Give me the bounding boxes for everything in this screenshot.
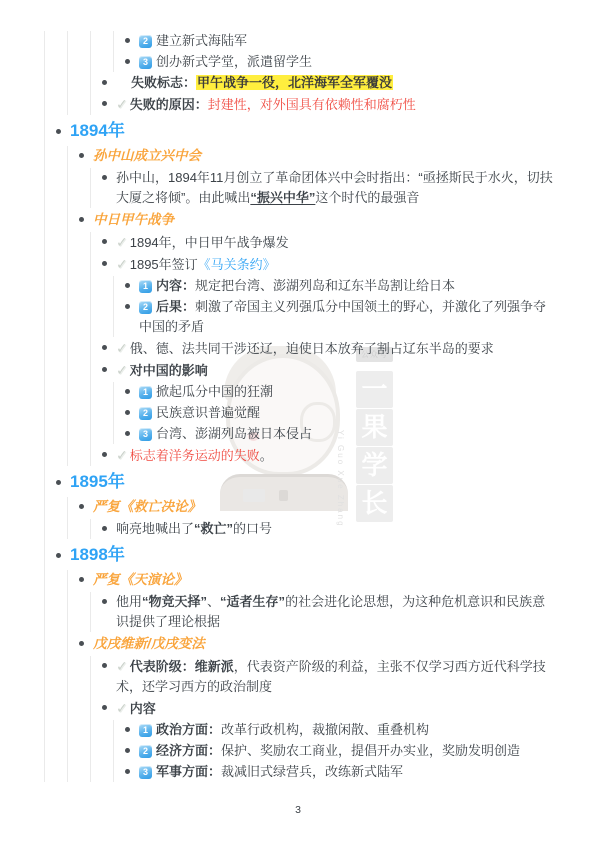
item-content: 2民族意识普遍觉醒 [139, 403, 260, 423]
year-heading-row: 1898年 [45, 543, 558, 568]
numbered-badge-icon: 3 [139, 56, 152, 69]
item-content: 1895年 [70, 470, 125, 495]
item-content: 失败标志：甲午战争一役，北洋海军全军覆没 [116, 73, 393, 93]
item-content: 1898年 [70, 543, 125, 568]
topic-heading-row: 严复《救亡决论》 [68, 497, 558, 517]
text-segment: 台湾、澎湖列岛被日本侵占 [156, 426, 312, 441]
bullet-icon [102, 526, 107, 531]
item-content: 中日甲午战争 [93, 210, 174, 230]
bullet-icon [125, 59, 130, 64]
topic-heading-row: 戊戌维新/戊戌变法 [68, 634, 558, 654]
bullet-icon [102, 239, 107, 244]
item-content: 3军事方面：裁减旧式绿营兵，改练新式陆军 [139, 762, 403, 782]
text-segment: 的口号 [233, 521, 272, 536]
text-segment: 他用 [116, 594, 142, 609]
outline-item-row: 2民族意识普遍觉醒 [114, 403, 558, 423]
topic-heading: 戊戌维新/戊戌变法 [93, 636, 205, 651]
item-content: 1政治方面：改革行政机构，裁撤闲散、重叠机构 [139, 720, 429, 740]
outline-item-row: ✓标志着洋务运动的失败。 [91, 445, 558, 466]
bullet-icon [79, 577, 84, 582]
item-content: ✓代表阶级：维新派，代表资产阶级的利益，主张不仅学习西方近代科学技术，还学习西方… [116, 656, 558, 697]
bullet-icon [102, 705, 107, 710]
bullet-icon [125, 283, 130, 288]
outline-item-row: 3军事方面：裁减旧式绿营兵，改练新式陆军 [114, 762, 558, 782]
check-icon: ✓ [116, 698, 128, 718]
outline-branch: 孙中山成立兴中会孙中山，1894年11月创立了革命团体兴中会时指出：“亟拯斯民于… [67, 146, 558, 466]
outline-branch: 2建立新式海陆军3创办新式学堂，派遣留学生失败标志：甲午战争一役，北洋海军全军覆… [67, 31, 558, 115]
outline-item-row: 2后果：刺激了帝国主义列强瓜分中国领土的野心，并激化了列强争夺中国的矛盾 [114, 297, 558, 337]
bullet-icon [125, 748, 130, 753]
bullet-icon [102, 599, 107, 604]
outline-item-row: ✓对中国的影响 [91, 360, 558, 381]
bullet-icon [79, 641, 84, 646]
outline-branch: 1内容：规定把台湾、澎湖列岛和辽东半岛割让给日本2后果：刺激了帝国主义列强瓜分中… [113, 276, 558, 337]
outline-branch: 孙中山，1894年11月创立了革命团体兴中会时指出：“亟拯斯民于水火，切扶大厦之… [90, 168, 558, 208]
bullet-icon [56, 480, 61, 485]
item-content: 1掀起瓜分中国的狂潮 [139, 382, 273, 402]
text-segment: 1895年签订 [130, 257, 198, 272]
text-segment: 甲午战争一役，北洋海军全军覆没 [196, 75, 393, 90]
numbered-badge-icon: 3 [139, 428, 152, 441]
text-segment: 改革行政机构，裁撤闲散、重叠机构 [221, 722, 429, 737]
outline-item-row: 3台湾、澎湖列岛被日本侵占 [114, 424, 558, 444]
notes-document-page: 公众号 一果学长 Yi Guo Xue Zhang 2建立新式海陆军3创办新式学… [0, 0, 596, 843]
bullet-icon [102, 80, 107, 85]
bullet-icon [79, 217, 84, 222]
numbered-badge-icon: 1 [139, 280, 152, 293]
bullet-icon [125, 727, 130, 732]
outline-item-row: 2建立新式海陆军 [114, 31, 558, 51]
outline-item-row: ✓内容 [91, 698, 558, 719]
year-heading: 1895年 [70, 472, 125, 491]
text-segment: 响亮地喊出了 [116, 521, 194, 536]
item-content: 3创办新式学堂，派遣留学生 [139, 52, 312, 72]
text-segment: 军事方面： [156, 764, 221, 779]
bullet-icon [125, 431, 130, 436]
check-icon: ✓ [116, 94, 128, 114]
numbered-badge-icon: 2 [139, 301, 152, 314]
text-segment: 后果： [156, 299, 195, 314]
text-segment: 民族意识普遍觉醒 [156, 405, 260, 420]
bullet-icon [125, 38, 130, 43]
topic-heading-row: 中日甲午战争 [68, 210, 558, 230]
item-content: ✓1894年，中日甲午战争爆发 [116, 232, 289, 253]
topic-heading-row: 严复《天演论》 [68, 570, 558, 590]
text-segment: 封建性，对外国具有依赖性和腐朽性 [208, 97, 416, 112]
outline-item-row: 孙中山，1894年11月创立了革命团体兴中会时指出：“亟拯斯民于水火，切扶大厦之… [91, 168, 558, 208]
text-segment: 标志着洋务运动的失败 [130, 448, 260, 463]
outline-branch: 1掀起瓜分中国的狂潮2民族意识普遍觉醒3台湾、澎湖列岛被日本侵占 [113, 382, 558, 444]
text-segment: 、 [207, 594, 220, 609]
outline-item-row: 3创办新式学堂，派遣留学生 [114, 52, 558, 72]
text-segment: 刺激了帝国主义列强瓜分中国领土的野心，并激化了列强争夺中国的矛盾 [139, 299, 546, 334]
text-segment: “物竞天择” [142, 594, 207, 609]
item-content: 2经济方面：保护、奖励农工商业，提倡开办实业，奖励发明创造 [139, 741, 520, 761]
bullet-icon [102, 452, 107, 457]
outline-branch: 2建立新式海陆军3创办新式学堂，派遣留学生 [113, 31, 558, 72]
check-icon: ✓ [116, 360, 128, 380]
text-segment: 规定把台湾、澎湖列岛和辽东半岛割让给日本 [195, 278, 455, 293]
bullet-icon [102, 261, 107, 266]
check-icon: ✓ [116, 445, 128, 465]
page-number: 3 [0, 804, 596, 816]
topic-heading: 严复《天演论》 [93, 572, 188, 587]
numbered-badge-icon: 1 [139, 386, 152, 399]
year-heading-row: 1894年 [45, 119, 558, 144]
outline-branch: ✓1894年，中日甲午战争爆发✓1895年签订《马关条约》1内容：规定把台湾、澎… [90, 232, 558, 466]
outline-branch: 1政治方面：改革行政机构，裁撤闲散、重叠机构2经济方面：保护、奖励农工商业，提倡… [113, 720, 558, 782]
outline-item-row: ✓1894年，中日甲午战争爆发 [91, 232, 558, 253]
outline-item-row: ✓俄、德、法共同干涉还辽，迫使日本放弃了割占辽东半岛的要求 [91, 338, 558, 359]
outline-item-row: ✓失败的原因：封建性，对外国具有依赖性和腐朽性 [91, 94, 558, 115]
bullet-icon [125, 304, 130, 309]
bullet-icon [102, 101, 107, 106]
numbered-badge-icon: 2 [139, 745, 152, 758]
check-icon: ✓ [116, 656, 128, 676]
item-content: 孙中山成立兴中会 [93, 146, 201, 166]
outline-item-row: 2经济方面：保护、奖励农工商业，提倡开办实业，奖励发明创造 [114, 741, 558, 761]
outline-item-row: 1内容：规定把台湾、澎湖列岛和辽东半岛割让给日本 [114, 276, 558, 296]
bullet-icon [102, 367, 107, 372]
text-segment: “振兴中华” [250, 190, 315, 205]
item-content: 严复《救亡决论》 [93, 497, 201, 517]
text-segment: 对中国的影响 [130, 363, 208, 378]
bullet-icon [125, 769, 130, 774]
text-segment: 内容： [156, 278, 195, 293]
bullet-icon [102, 175, 107, 180]
item-content: 2后果：刺激了帝国主义列强瓜分中国领土的野心，并激化了列强争夺中国的矛盾 [139, 297, 558, 337]
check-icon: ✓ [116, 338, 128, 358]
text-segment: “适者生存” [220, 594, 285, 609]
outline-item-row: 1掀起瓜分中国的狂潮 [114, 382, 558, 402]
numbered-badge-icon: 1 [139, 724, 152, 737]
text-segment: 维新派 [195, 659, 234, 674]
text-segment: 裁减旧式绿营兵，改练新式陆军 [221, 764, 403, 779]
text-segment: 俄、德、法共同干涉还辽，迫使日本放弃了割占辽东半岛的要求 [130, 341, 494, 356]
item-content: 严复《天演论》 [93, 570, 188, 590]
topic-heading: 中日甲午战争 [93, 212, 174, 227]
topic-heading: 孙中山成立兴中会 [93, 148, 201, 163]
outline-branch: ✓代表阶级：维新派，代表资产阶级的利益，主张不仅学习西方近代科学技术，还学习西方… [90, 656, 558, 782]
check-icon: ✓ [116, 254, 128, 274]
item-content: ✓对中国的影响 [116, 360, 208, 381]
check-icon: ✓ [116, 232, 128, 252]
text-segment: 代表阶级： [130, 659, 195, 674]
item-content: 响亮地喊出了“救亡”的口号 [116, 519, 272, 539]
bullet-icon [102, 345, 107, 350]
item-content: 2建立新式海陆军 [139, 31, 247, 51]
text-segment: 这个时代的最强音 [315, 190, 419, 205]
item-content: 孙中山，1894年11月创立了革命团体兴中会时指出：“亟拯斯民于水火，切扶大厦之… [116, 168, 558, 208]
bullet-icon [79, 153, 84, 158]
text-segment: 经济方面： [156, 743, 221, 758]
text-segment: 失败标志： [131, 75, 196, 90]
item-content: ✓1895年签订《马关条约》 [116, 254, 276, 275]
outline-branch: 他用“物竞天择”、“适者生存”的社会进化论思想，为这种危机意识和民族意识提供了理… [90, 592, 558, 632]
outline-content: 2建立新式海陆军3创办新式学堂，派遣留学生失败标志：甲午战争一役，北洋海军全军覆… [44, 30, 558, 783]
outline-branch: 严复《天演论》他用“物竞天择”、“适者生存”的社会进化论思想，为这种危机意识和民… [67, 570, 558, 782]
text-segment: 掀起瓜分中国的狂潮 [156, 384, 273, 399]
text-segment: 创办新式学堂，派遣留学生 [156, 54, 312, 69]
year-heading: 1894年 [70, 121, 125, 140]
text-segment: 内容 [130, 701, 156, 716]
item-content: 1内容：规定把台湾、澎湖列岛和辽东半岛割让给日本 [139, 276, 455, 296]
item-content: 他用“物竞天择”、“适者生存”的社会进化论思想，为这种危机意识和民族意识提供了理… [116, 592, 558, 632]
outline-branch: 2建立新式海陆军3创办新式学堂，派遣留学生失败标志：甲午战争一役，北洋海军全军覆… [90, 31, 558, 115]
bullet-icon [102, 663, 107, 668]
item-content: 3台湾、澎湖列岛被日本侵占 [139, 424, 312, 444]
text-segment: 1894年，中日甲午战争爆发 [130, 235, 289, 250]
outline-item-row: 他用“物竞天择”、“适者生存”的社会进化论思想，为这种危机意识和民族意识提供了理… [91, 592, 558, 632]
bullet-icon [125, 389, 130, 394]
outline-item-row: 1政治方面：改革行政机构，裁撤闲散、重叠机构 [114, 720, 558, 740]
topic-heading-row: 孙中山成立兴中会 [68, 146, 558, 166]
item-content: 1894年 [70, 119, 125, 144]
outline-item-row: ✓1895年签订《马关条约》 [91, 254, 558, 275]
outline-branch: 严复《救亡决论》响亮地喊出了“救亡”的口号 [67, 497, 558, 539]
bullet-icon [79, 504, 84, 509]
item-content: ✓内容 [116, 698, 156, 719]
text-segment: 失败的原因： [130, 97, 208, 112]
text-segment: 保护、奖励农工商业，提倡开办实业，奖励发明创造 [221, 743, 520, 758]
text-segment: 。 [260, 448, 273, 463]
item-content: 戊戌维新/戊戌变法 [93, 634, 205, 654]
bullet-icon [125, 410, 130, 415]
topic-heading: 严复《救亡决论》 [93, 499, 201, 514]
outline-item-row: ✓代表阶级：维新派，代表资产阶级的利益，主张不仅学习西方近代科学技术，还学习西方… [91, 656, 558, 697]
item-content: ✓标志着洋务运动的失败。 [116, 445, 273, 466]
bullet-icon [56, 553, 61, 558]
numbered-badge-icon: 2 [139, 35, 152, 48]
text-segment: “救亡” [194, 521, 233, 536]
item-content: ✓俄、德、法共同干涉还辽，迫使日本放弃了割占辽东半岛的要求 [116, 338, 494, 359]
numbered-badge-icon: 2 [139, 407, 152, 420]
item-content: ✓失败的原因：封建性，对外国具有依赖性和腐朽性 [116, 94, 416, 115]
outline-item-row: 失败标志：甲午战争一役，北洋海军全军覆没 [91, 73, 558, 93]
numbered-badge-icon: 3 [139, 766, 152, 779]
outline-tree: 2建立新式海陆军3创办新式学堂，派遣留学生失败标志：甲午战争一役，北洋海军全军覆… [44, 31, 558, 782]
bullet-icon [56, 129, 61, 134]
outline-branch: 响亮地喊出了“救亡”的口号 [90, 519, 558, 539]
outline-item-row: 响亮地喊出了“救亡”的口号 [91, 519, 558, 539]
year-heading-row: 1895年 [45, 470, 558, 495]
text-segment: 建立新式海陆军 [156, 33, 247, 48]
year-heading: 1898年 [70, 545, 125, 564]
text-segment: 政治方面： [156, 722, 221, 737]
text-segment: 《马关条约》 [198, 257, 276, 272]
